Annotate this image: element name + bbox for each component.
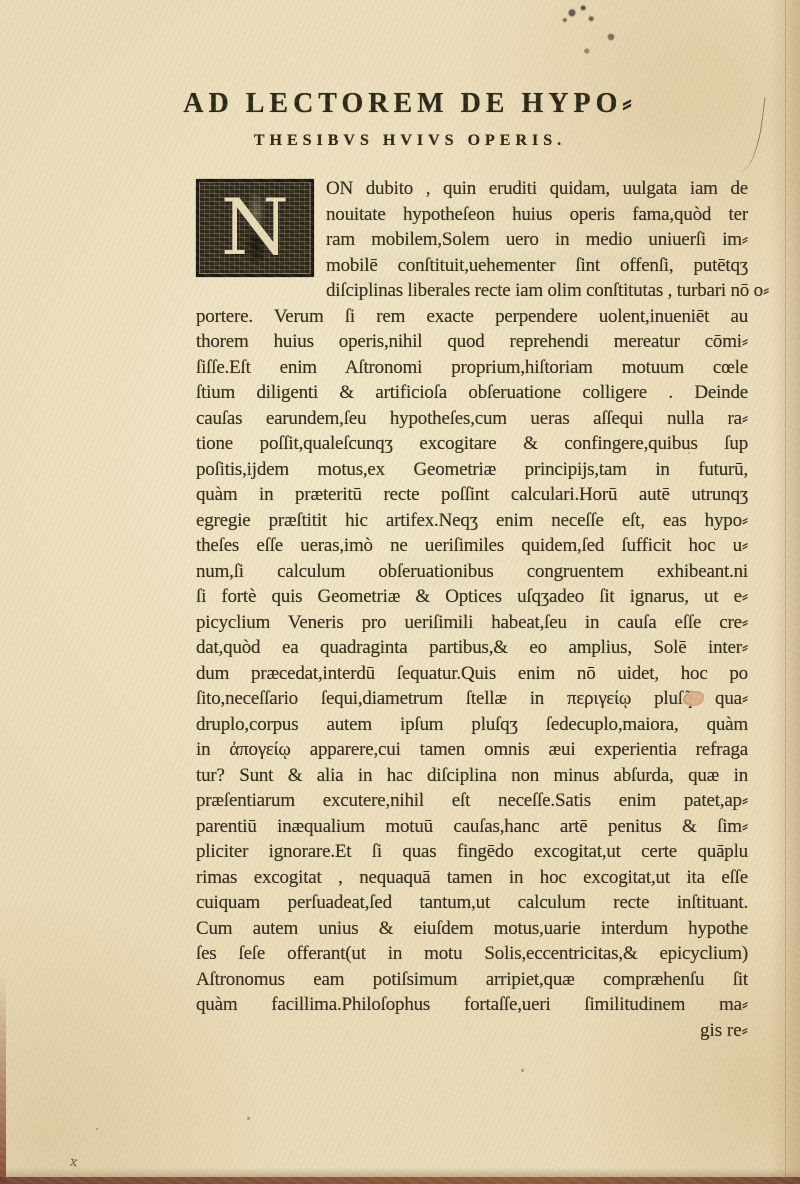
text-line: num,ſi calculum obſeruationibus congruen…: [196, 559, 748, 585]
text-line: diſciplinas liberales recte iam olim con…: [196, 278, 748, 304]
drop-cap-letter-N: N: [199, 182, 311, 274]
text-line: thorem huius operis,nihil quod reprehend…: [196, 329, 748, 355]
paper-speck: [96, 1128, 98, 1130]
text-line: quàm in præteritū recte poſſint calcular…: [196, 482, 748, 508]
ink-smudge: [603, 30, 619, 44]
text-line: druplo,corpus autem ipſum pluſqʒ ſedecup…: [196, 712, 748, 738]
text-line: picyclium Veneris pro ueriſimili habeat,…: [196, 610, 748, 636]
text-line: dat,quòd ea quadraginta partibus,& eo am…: [196, 635, 748, 661]
text-line: præſentiarum excutere,nihil eſt neceſſe.…: [196, 788, 748, 814]
text-line: theſes eſſe ueras,imò ne ueriſimiles qui…: [196, 533, 748, 559]
text-line: Aſtronomus eam potiſsimum arripiet,quæ c…: [196, 967, 748, 993]
page-edge-bottom: [0, 1177, 800, 1184]
pen-flourish-hairline: [739, 95, 765, 173]
text-line: ſes ſeſe offerant(ut in motu Solis,eccen…: [196, 941, 748, 967]
text-line: cuiquam perſuadeat,ſed tantum,ut calculu…: [196, 890, 748, 916]
page-title-line-1: AD LECTOREM DE HYPO⸗: [100, 88, 720, 120]
ink-smudge: [582, 46, 594, 56]
text-line: tur? Sunt & alia in hac diſciplina non m…: [196, 763, 748, 789]
text-line: in ἀπογείῳ apparere,cui tamen omnis æui …: [196, 737, 748, 763]
text-line: ſi fortè quis Geometriæ & Optices uſqʒad…: [196, 584, 748, 610]
woodcut-initial-frame: N: [196, 179, 314, 277]
text-line: parentiū inæqualium motuū cauſas,hanc ar…: [196, 814, 748, 840]
page-title-line-2: THESIBVS HVIVS OPERIS.: [100, 132, 720, 150]
text-line: cauſas earundem,ſeu hypotheſes,cum ueras…: [196, 406, 748, 432]
text-line: ſiſſe.Eſt enim Aſtronomi proprium,hiſtor…: [196, 355, 748, 381]
text-line: Cum autem unius & eiuſdem motus,uarie in…: [196, 916, 748, 942]
page-edge-left: [0, 974, 6, 1184]
body-text-block: N ON dubito , quin eruditi quidam, uulga…: [196, 176, 748, 1043]
ink-smudge: [560, 2, 600, 26]
text-line: rimas excogitat , nequaquā tamen in hoc …: [196, 865, 748, 891]
text-line: ſtium diligenti & artificioſa obſeruatio…: [196, 380, 748, 406]
catchword-line: gis re⸗: [196, 1018, 748, 1044]
paper-speck: [247, 1117, 250, 1120]
scanned-book-page: AD LECTOREM DE HYPO⸗ THESIBVS HVIVS OPER…: [0, 0, 800, 1184]
text-line: tione poſſit,qualeſcunqʒ excogitare & co…: [196, 431, 748, 457]
text-line: portere. Verum ſi rem exacte perpendere …: [196, 304, 748, 330]
pen-mark-x: x: [69, 1154, 79, 1170]
text-line: ſito,neceſſario ſequi,diametrum ſtellæ i…: [196, 686, 748, 712]
text-line: egregie præſtitit hic artifex.Neqʒ enim …: [196, 508, 748, 534]
text-line: poſitis,ijdem motus,ex Geometriæ princip…: [196, 457, 748, 483]
text-line: dum præcedat,interdū ſequatur.Quis enim …: [196, 661, 748, 687]
text-line: pliciter ignorare.Et ſi quas fingēdo exc…: [196, 839, 748, 865]
paper-speck: [521, 1069, 524, 1072]
paper-speck: [688, 452, 690, 454]
page-edge-right: [785, 0, 786, 1184]
text-line: quàm facillima.Philoſophus fortaſſe,ueri…: [196, 992, 748, 1018]
